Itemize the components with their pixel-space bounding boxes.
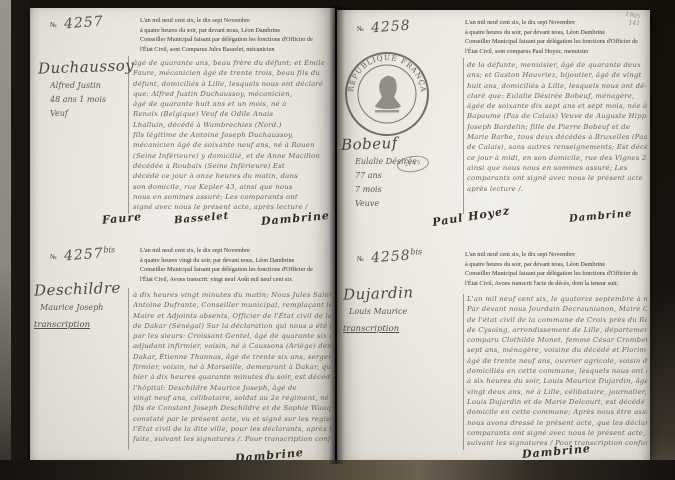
handwritten-line: huit ans, domiciliés à Lille, lesquels n… [467,81,647,91]
handwritten-line: constaté par le présent acte, vu et sign… [133,414,331,424]
margin-details: Maurice Joseph [34,303,130,312]
margin-annotation-bobeuf: Bobeuf Eulalie Désirée77 ans7 moisVeuve [341,134,451,208]
numero-sign: № [357,255,364,263]
act-number-4257bis: №4257bis [50,244,115,263]
handwritten-line: Louis Dujardin et de Marie Delcourt, est… [467,397,647,407]
margin-details: Alfred Justin48 ans 1 moisVeuf [38,81,130,118]
handwritten-line: après lecture /. [467,184,647,194]
act-number-suffix: bis [103,246,115,255]
handwritten-line: son domicile, rue Kepler 43, ainsi que n… [133,182,331,192]
handwritten-line: l'hôpital: Deschildre Maurice Joseph, âg… [133,383,331,393]
act-number-value: 4258 [370,18,411,37]
handwritten-line: adjudant infirmier, voisin, né à Causson… [133,341,331,351]
handwritten-line: vingt neuf ans, célibataire, soldat au 2… [133,393,331,403]
signatures-4257: Faure Basselet Dambrine [102,212,330,225]
margin-details: Louis Maurice [343,307,443,316]
opening-line: L'an mil neuf cent six, le dix sept Nove… [465,18,645,28]
handwritten-line: âgé de trente neuf ans, ouvrier agricole… [467,356,647,366]
stamp-icon: RÉPUBLIQUE FRANÇAISE [343,50,431,138]
right-cover-edge [650,0,675,480]
handwritten-line: L'an mil neuf cent six, le quatorze sept… [467,294,647,304]
act-opening-4257: L'an mil neuf cent six, le dix sept Nove… [140,16,332,54]
opening-line: L'an mil neuf cent six, le dix sept Nove… [465,250,647,260]
right-page: 1905 141 №4258 L'an mil neuf cent six, l… [337,10,650,462]
act-number-4258: №4258 [357,16,410,35]
handwritten-line: de Calais), sans autres renseignements; … [467,142,647,152]
handwritten-line: Bapaume (Pas de Calais) Veuve de Auguste… [467,111,647,121]
handwritten-line: Antoine Dufrante, Conseiller municipal, … [133,300,331,310]
handwritten-line: vingt deux ans, né à Lille, célibataire,… [467,387,647,397]
act-opening-4258bis: L'an mil neuf cent six, le dix sept Nove… [465,250,647,288]
margin-detail: 7 mois [355,185,451,194]
book-cover-edge [11,0,30,480]
opening-line: Conseiller Municipal faisant par délégat… [465,269,647,279]
handwritten-line: Dakar, Étienne Thannas, âgé de trente si… [133,352,331,362]
handwritten-line: âgé de quarante huit ans et un mois, né … [133,99,331,109]
handwritten-line: âgé de quarante ans, beau frère du défun… [133,58,331,68]
handwritten-line: de la défunte, menuisier, âgé de quarant… [467,60,647,70]
signature-4258bis: Dambrine [522,440,591,459]
act-number-value: 4258 [370,248,411,267]
handwritten-line: Marie Barbe, tous deux décédés à Bruxell… [467,132,647,142]
act-number-value: 4257 [63,246,104,265]
book-edge [0,0,11,480]
opening-line: l'État Civil, sont comparus Paul Hoyez, … [465,47,645,57]
act-number-suffix: bis [410,248,422,257]
handwritten-line: Maire et Adjoints absents, Officier de l… [133,311,331,321]
handwritten-line: ainsi que nous nous en sommes assuré; Le… [467,163,647,173]
numero-sign: № [357,25,364,33]
handwritten-line: claré que: Eulalie Désirée Bobeuf, ménag… [467,91,647,101]
signature: Basselet [174,211,230,227]
margin-annotation-deschildre: Deschildre Maurice Joseph transcription [34,280,130,330]
handwritten-line: comparu Clothilde Monet, femme César Cro… [467,335,647,345]
opening-line: à quatre heures vingt du soir, par devan… [140,256,332,266]
handwritten-line: firmier, voisin, né à Marseille, demeura… [133,362,331,372]
margin-detail: Veuve [355,199,451,208]
handwritten-line: de Dakar (Sénégal) Sur la déclaration qu… [133,321,331,331]
deceased-surname: Duchaussoy [38,56,131,77]
act-number-4258bis: №4258bis [357,246,422,265]
transcription-note: transcription [343,324,443,334]
opening-line: à quatre heures du soir, par devant nous… [140,26,332,36]
transcription-note: transcription [34,320,130,330]
opening-line: Conseiller Municipal faisant par délégat… [465,37,645,47]
handwritten-line: décédé ce jour à onze heures du matin, d… [133,171,331,181]
deceased-surname: Deschildre [34,278,131,299]
handwritten-line: à dix heures vingt minutes du matin; Nou… [133,290,331,300]
act-number-value: 4257 [63,14,104,33]
opening-line: à quatre heures du soir, par devant nous… [465,260,647,270]
margin-detail: 48 ans 1 mois [50,95,130,104]
handwritten-line: que: Alfred Justin Duchaussoy, mécanicie… [133,89,331,99]
margin-detail: 77 ans [355,171,451,180]
handwritten-line: comparants ont signé avec nous le présen… [467,173,647,183]
margin-rule [128,56,129,214]
numero-sign: № [50,21,57,29]
margin-detail: Alfred Justin [50,81,130,90]
handwritten-line: fils de Constant Joseph Deschildre et de… [133,403,331,413]
left-page: №4257 L'an mil neuf cent six, le dix sep… [30,8,335,462]
numero-sign: № [50,253,57,261]
opening-line: à quatre heures du soir, par devant nous… [465,28,645,38]
handwritten-line: Joseph Bardelin; fille de Pierre Bobeuf … [467,122,647,132]
handwritten-line: Lhalluin, décédé à Wambrechies (Nord.) [133,120,331,130]
deceased-surname: Dujardin [343,282,444,303]
opening-line: Conseiller Municipal faisant par délégat… [140,35,332,45]
opening-line: Conseiller Municipal faisant par délégat… [140,265,332,275]
opening-line: l'État Civil, sont Comparus Jules Bassel… [140,45,332,55]
signature: Faure [102,210,143,226]
margin-annotation-dujardin: Dujardin Louis Maurice transcription [343,284,443,334]
margin-detail: Veuf [50,109,130,118]
handwritten-line: de l'état civil de la commune de Croix p… [467,315,647,325]
act-opening-4258: L'an mil neuf cent six, le dix sept Nove… [465,18,645,56]
handwritten-line: Faure, mécanicien âgé de trente trois, b… [133,68,331,78]
act-body-4257bis: à dix heures vingt minutes du matin; Nou… [133,290,331,444]
handwritten-line: de Cysoing, arrondissement de Lille, dép… [467,325,647,335]
handwritten-line: domiciliés en cette commune, lesquels no… [467,366,647,376]
signature: Dambrine [261,209,331,228]
handwritten-line: l'État civil de la dite ville, pour les … [133,424,331,434]
handwritten-line: nous avons dressé le présent acte, que l… [467,418,647,428]
handwritten-line: à six heures du soir, Louis Maurice Duja… [467,376,647,386]
opening-line: l'État Civil, Avons transcrit l'acte de … [465,279,647,289]
handwritten-line: ce jour à midi, en son domicile, rue des… [467,153,647,163]
handwritten-line: sept ans, ménagère, voisine du décédé et… [467,345,647,355]
margin-annotation-duchaussoy: Duchaussoy Alfred Justin48 ans 1 moisVeu… [38,58,130,118]
handwritten-line: Par devant nous Jourdain Decraunianon, M… [467,304,647,314]
register-photo: №4257 L'an mil neuf cent six, le dix sep… [0,0,675,480]
opening-line: L'an mil neuf cent six, le dix sept Nove… [140,246,332,256]
handwritten-line: ans; et Gaston Houvriez, bijoutier, âgé … [467,70,647,80]
handwritten-line: Renaix (Belgique) Veuf de Odile Anais [133,109,331,119]
deceased-surname: Bobeuf [341,132,452,154]
signatures-4258: Paul Hoyez Dambrine [432,210,632,223]
signature: Dambrine [568,208,632,224]
opening-line: L'an mil neuf cent six, le dix sept Nove… [140,16,332,26]
margin-detail: Maurice Joseph [40,303,130,312]
republique-francaise-stamp: RÉPUBLIQUE FRANÇAISE [343,50,431,142]
handwritten-line: fils légitime de Antoine Joseph Duchauss… [133,130,331,140]
handwritten-line: (Seine Inférieure) y domicilié, et de An… [133,151,331,161]
handwritten-line: hier à dix heures quarante minutes du so… [133,372,331,382]
act-body-4258: de la défunte, menuisier, âgé de quarant… [467,60,647,194]
handwritten-line: comparants ont signé avec nous le présen… [467,428,647,438]
handwritten-line: décédée à Roubaix (Seine Inférieure) Est [133,161,331,171]
handwritten-line: défunt, domiciliés à Lille, lesquels nou… [133,79,331,89]
margin-detail: Louis Maurice [349,307,443,316]
handwritten-line: faite, suivant les signatures /. Pour tr… [133,434,331,444]
opening-line: l'État Civil, Avons transcrit: vingt neu… [140,275,332,285]
handwritten-line: mécanicien âgé de soixante neuf ans, né … [133,140,331,150]
handwritten-line: nous en sommes assuré; Les comparants on… [133,192,331,202]
act-body-4258bis: L'an mil neuf cent six, le quatorze sept… [467,294,647,448]
act-body-4257: âgé de quarante ans, beau frère du défun… [133,58,331,212]
margin-rule [463,294,464,450]
signature: Dambrine [522,442,592,461]
handwritten-line: domicile en cette commune; Après nous êt… [467,407,647,417]
margin-rule [128,288,129,450]
handwritten-line: par les sieurs: Croissant Gentel, âgé de… [133,331,331,341]
handwritten-line: âgée de soixante dix sept ans et sept mo… [467,101,647,111]
marianne-figure-icon [375,76,401,109]
page-gutter [329,6,345,464]
margin-rule [463,58,464,214]
act-opening-4257bis: L'an mil neuf cent six, le dix sept Nove… [140,246,332,284]
act-number-4257: №4257 [50,12,103,31]
